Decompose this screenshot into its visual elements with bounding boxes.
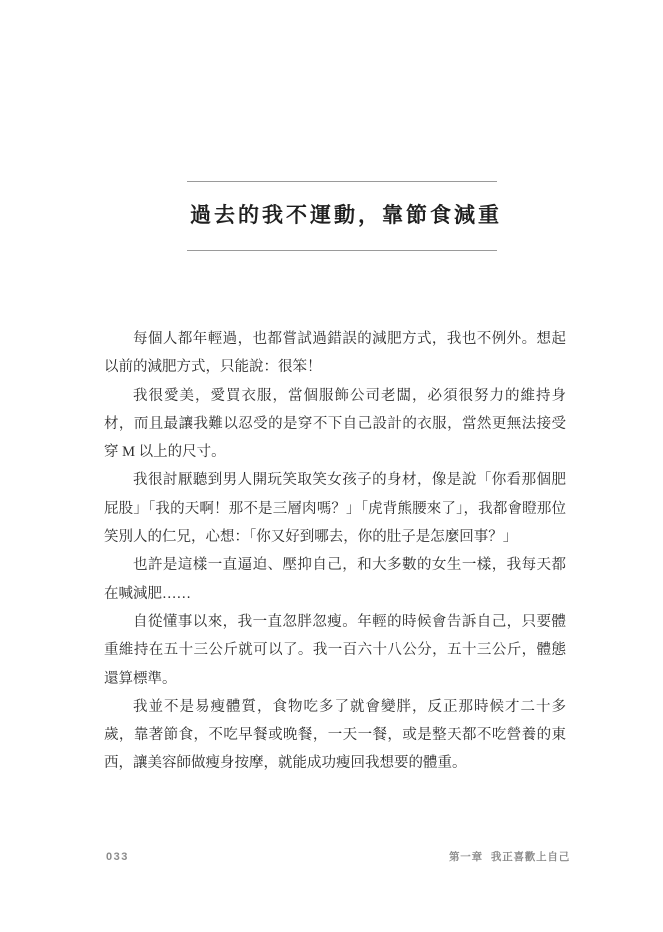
title-rule-bottom bbox=[187, 250, 497, 251]
book-page: 過去的我不運動，靠節食減重 每個人都年輕過，也都嘗試過錯誤的減肥方式，我也不例外… bbox=[0, 0, 663, 932]
section-title-block: 過去的我不運動，靠節食減重 bbox=[187, 181, 497, 251]
paragraph: 我很愛美，愛買衣服，當個服飾公司老闆，必須很努力的維持身材，而且最讓我難以忍受的… bbox=[104, 382, 566, 467]
chapter-reference: 第一章我正喜歡上自己 bbox=[449, 849, 570, 864]
paragraph: 也許是這樣一直逼迫、壓抑自己，和大多數的女生一樣，我每天都在喊減肥…… bbox=[104, 551, 566, 608]
paragraph: 我很討厭聽到男人開玩笑取笑女孩子的身材，像是說「你看那個肥屁股」「我的天啊！那不… bbox=[104, 466, 566, 551]
body-text: 每個人都年輕過，也都嘗試過錯誤的減肥方式，我也不例外。想起以前的減肥方式，只能說… bbox=[104, 325, 566, 778]
page-footer: 033 第一章我正喜歡上自己 bbox=[106, 849, 570, 864]
paragraph: 我並不是易瘦體質，食物吃多了就會變胖，反正那時候才二十多歲，靠著節食，不吃早餐或… bbox=[104, 693, 566, 778]
paragraph: 自從懂事以來，我一直忽胖忽瘦。年輕的時候會告訴自己，只要體重維持在五十三公斤就可… bbox=[104, 608, 566, 693]
chapter-label: 第一章 bbox=[449, 851, 483, 863]
chapter-title: 我正喜歡上自己 bbox=[491, 851, 570, 863]
paragraph: 每個人都年輕過，也都嘗試過錯誤的減肥方式，我也不例外。想起以前的減肥方式，只能說… bbox=[104, 325, 566, 382]
section-title: 過去的我不運動，靠節食減重 bbox=[187, 182, 497, 250]
page-number: 033 bbox=[106, 851, 129, 863]
